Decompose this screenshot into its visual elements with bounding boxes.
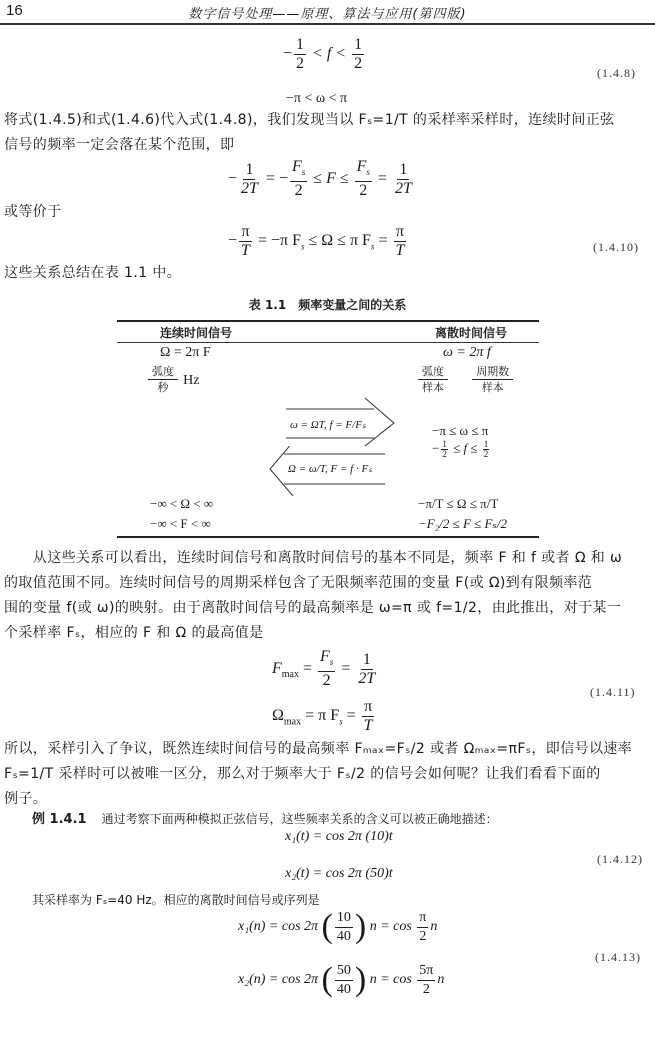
running-title: 数字信号处理——原理、算法与应用(第四版) [0, 3, 655, 22]
cont-relation: Ω = 2π F [160, 345, 211, 361]
paragraph-line: Fₛ=1/T 采样时可以被唯一区分，那么对于频率大于 Fₛ/2 的信号会如何呢？… [4, 762, 654, 787]
equation-1-4-12-line2: x₂(t) = cos 2π (50)t [285, 866, 393, 882]
example-label: 例 1.4.1 [32, 812, 87, 827]
equation-1-4-13-line2: x₂(n) = cos 2π (5040) n = cos 5π2n [238, 960, 444, 1000]
example-intro: 通过考察下面两种模拟正弦信号，这些频率关系的含义可以被正确地描述： [102, 812, 498, 826]
table-header-continuous: 连续时间信号 [160, 324, 232, 341]
equation-1-4-12-line1: x₁(t) = cos 2π (10)t [285, 829, 393, 845]
cont-range-F: −∞ < F < ∞ [150, 516, 211, 532]
equation-1-4-11-line1: Fmax = Fs2 = 12T [272, 648, 379, 690]
equation-number: (1.4.12) [597, 852, 643, 867]
arrow-left-label: Ω = ω/T, F = f · Fₛ [288, 462, 372, 475]
disc-range-F: −F₂/2 ≤ F ≤ Fₛ/2 [418, 516, 507, 532]
paragraph-line: 围的变量 f(或 ω)的映射。由于离散时间信号的最高频率是 ω=π 或 f=1/… [4, 596, 654, 621]
example-sampling-text: 其采样率为 Fₛ=40 Hz。相应的离散时间信号或序列是 [32, 891, 320, 908]
cont-unit: 弧度秒 Hz [148, 364, 199, 395]
header-rule [0, 23, 655, 25]
disc-relation: ω = 2π f [443, 345, 491, 361]
equation-number: (1.4.10) [593, 240, 639, 255]
equation-number: (1.4.8) [597, 66, 636, 81]
paragraph-line: 从这些关系可以看出，连续时间信号和离散时间信号的基本不同是，频率 F 和 f 或… [4, 546, 654, 571]
paragraph-line: 信号的频率一定会落在某个范围，即 [4, 133, 654, 158]
table-header-rule [117, 342, 539, 343]
table-bottom-rule [117, 536, 539, 538]
equation-1-4-11-line2: Ωmax = π Fs = πT [272, 698, 377, 735]
paragraph-line: 的取值范围不同。连续时间信号的周期采样包含了无限频率范围的变量 F(或 Ω)到有… [4, 571, 654, 596]
equation-1-4-8-line2: −π < ω < π [286, 91, 347, 107]
equation-1-4-13-line1: x₁(n) = cos 2π (1040) n = cos π2n [238, 907, 437, 947]
paragraph-line: 这些关系总结在表 1.1 中。 [4, 261, 181, 286]
paragraph-line: 将式(1.4.5)和式(1.4.6)代入式(1.4.8)，我们发现当以 Fₛ=1… [4, 108, 654, 133]
example-heading: 例 1.4.1 通过考察下面两种模拟正弦信号，这些频率关系的含义可以被正确地描述… [32, 808, 498, 827]
equation-1-4-8-line1: −12 < f < 12 [283, 36, 366, 73]
cont-range-Omega: −∞ < Ω < ∞ [150, 496, 213, 512]
table-top-rule [117, 320, 539, 322]
equation-number: (1.4.11) [590, 685, 636, 700]
paragraph-line: 或等价于 [4, 200, 62, 225]
disc-range-f: −12 ≤ f ≤ 12 [432, 440, 491, 459]
table-header-discrete: 离散时间信号 [435, 324, 507, 341]
disc-unit: 弧度样本 周期数样本 [418, 364, 513, 395]
arrow-right-label: ω = ΩT, f = F/Fₛ [290, 418, 366, 431]
equation-1-4-10: −πT = −π Fs ≤ Ω ≤ π Fs = πT [228, 223, 408, 260]
equation-number: (1.4.13) [595, 950, 641, 965]
disc-range-omega: −π ≤ ω ≤ π [432, 423, 488, 439]
equation-range-F: −12T = −Fs2 ≤ F ≤ Fs2 = 12T [228, 158, 416, 200]
disc-range-Omega: −π/T ≤ Ω ≤ π/T [418, 496, 498, 512]
paragraph-line: 个采样率 Fₛ，相应的 F 和 Ω 的最高值是 [4, 621, 654, 646]
table-caption: 表 1.1 频率变量之间的关系 [0, 296, 655, 313]
paragraph-line: 所以，采样引入了争议，既然连续时间信号的最高频率 Fₘₐₓ=Fₛ/2 或者 Ωₘ… [4, 737, 654, 762]
